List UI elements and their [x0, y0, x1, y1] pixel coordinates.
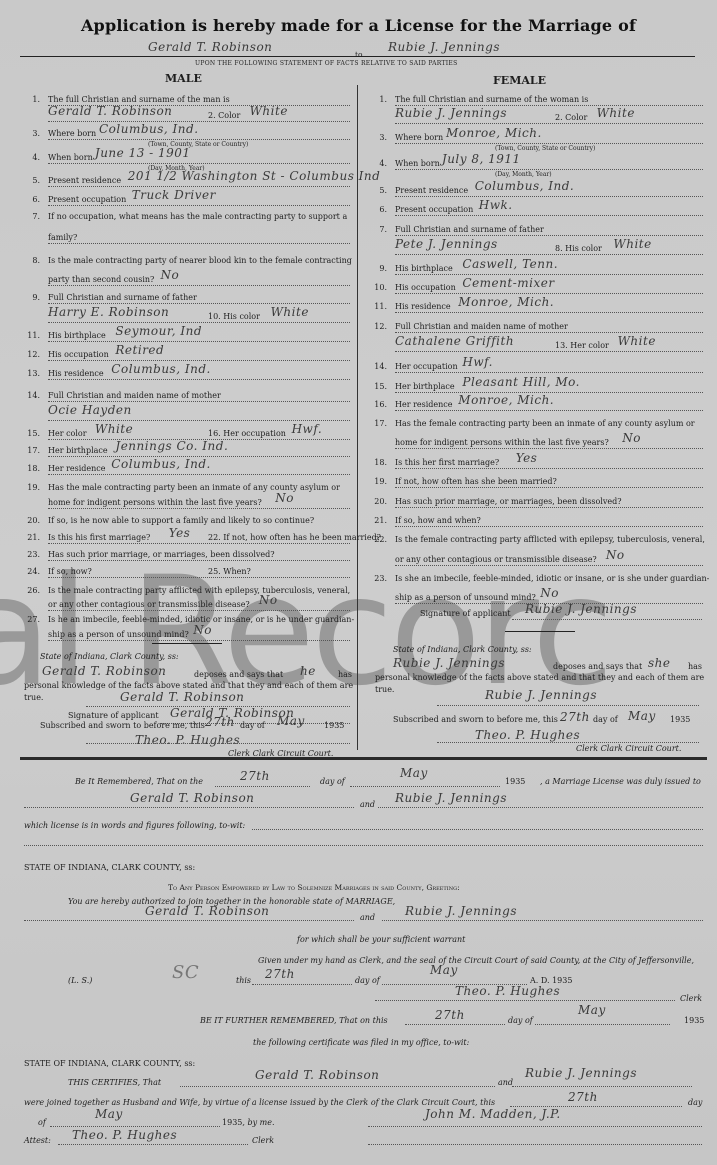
female-clerk-signature: Theo. P. Hughes — [475, 728, 580, 742]
license-groom: Gerald T. Robinson — [130, 791, 254, 805]
certificate-joined: were joined together as Husband and Wife… — [24, 1098, 495, 1107]
license-year: 1935 — [505, 777, 525, 786]
item-label: His birthplace — [395, 264, 453, 273]
certificate-state: STATE OF INDIANA, CLARK COUNTY, ss: — [24, 1059, 195, 1068]
item-label: party than second cousin? — [48, 275, 154, 284]
male-deponent: Gerald T. Robinson — [42, 664, 166, 678]
fill-line — [395, 169, 703, 170]
certificate-groom-line — [180, 1086, 495, 1087]
license-day-line — [215, 786, 310, 787]
item-label: Has such prior marriage, or marriages, b… — [48, 550, 275, 559]
item-number: 14. — [365, 362, 387, 371]
male-item: 7.If no occupation, what means has the m… — [18, 212, 350, 221]
certificate-certifies: THIS CERTIFIES, That — [68, 1078, 161, 1087]
female-deponent: Rubie J. Jennings — [393, 656, 505, 670]
item-number: 12. — [18, 350, 40, 359]
fill-line — [48, 303, 350, 304]
item-label: or any other contagious or transmissible… — [48, 600, 250, 609]
female-clerk-line — [437, 742, 699, 743]
fill-line — [395, 143, 703, 144]
certificate-month-line — [50, 1126, 220, 1127]
male-sig-separator — [152, 643, 222, 644]
male-signature-label: Signature of applicant — [68, 711, 159, 720]
item-value: Pleasant Hill, Mo. — [462, 375, 580, 389]
male-heading: MALE — [165, 72, 202, 85]
item-label: Present occupation — [395, 205, 473, 214]
item-number: 7. — [365, 225, 387, 234]
fill-line — [48, 420, 350, 421]
certificate-day-label: day — [688, 1098, 702, 1107]
item-label: Is the female contracting party afflicte… — [395, 535, 705, 544]
male-oath-sig-line — [86, 706, 350, 707]
item-label: or any other contagious or transmissible… — [395, 555, 597, 564]
certificate-attest: Attest: — [24, 1136, 51, 1145]
male-sworn-day: 27th — [205, 715, 235, 729]
item-value: Yes — [169, 526, 191, 540]
item-extra-label: 25. When? — [208, 567, 251, 576]
female-item: 20.Has such prior marriage, or marriages… — [365, 497, 703, 506]
fill-line — [395, 507, 703, 508]
female-item: 19.If not, how often has she been marrie… — [365, 477, 703, 486]
license-day3: 27th — [435, 1008, 465, 1022]
item-value: Cathalene Griffith — [395, 334, 514, 348]
male-item: 23.Has such prior marriage, or marriages… — [18, 550, 350, 559]
license-further: BE IT FURTHER REMEMBERED, That on this — [200, 1016, 388, 1025]
item-number: 3. — [18, 129, 40, 138]
item-label: The full Christian and surname of the wo… — [395, 95, 588, 104]
male-item: 1.The full Christian and surname of the … — [18, 95, 350, 104]
license-day2-line — [252, 984, 352, 985]
male-item: 14.Full Christian and maiden name of mot… — [18, 391, 350, 400]
item-note: (Town, County, State or Country) — [495, 145, 595, 152]
item-value: No — [259, 593, 278, 607]
item-label: family? — [48, 233, 77, 242]
fill-line — [395, 448, 703, 449]
license-clerk-line — [375, 1000, 675, 1001]
female-item: 21.If so, how and when? — [365, 516, 703, 525]
item-number: 20. — [365, 497, 387, 506]
male-item: 9.Full Christian and surname of father — [18, 293, 350, 302]
item-number: 17. — [18, 446, 40, 455]
item-number: 23. — [18, 550, 40, 559]
item-number: 18. — [365, 458, 387, 467]
document-title: Application is hereby made for a License… — [0, 16, 717, 35]
male-pronoun: he — [300, 664, 316, 678]
item-label: Her residence — [395, 400, 453, 409]
subtitle: UPON THE FOLLOWING STATEMENT OF FACTS RE… — [195, 60, 458, 67]
license-bride: Rubie J. Jennings — [395, 791, 507, 805]
item-extra-label: 10. His color — [208, 312, 260, 321]
female-item: 4.When born — [365, 159, 703, 168]
item-number: 21. — [365, 516, 387, 525]
certificate-day: 27th — [568, 1090, 598, 1104]
blank-line — [24, 845, 703, 846]
item-value: No — [622, 431, 641, 445]
fill-line — [48, 186, 350, 187]
fill-line — [395, 196, 703, 197]
fill-line — [48, 379, 350, 380]
fill-line — [48, 640, 350, 641]
item-label: If no occupation, what means has the mal… — [48, 212, 347, 221]
license-month3-line — [535, 1024, 670, 1025]
item-number: 9. — [365, 264, 387, 273]
fill-line — [395, 468, 703, 469]
male-item: home for indigent persons within the las… — [18, 498, 350, 507]
item-label: Has the male contracting party been an i… — [48, 483, 340, 492]
item-value: Monroe, Mich. — [458, 295, 554, 309]
item-number: 13. — [18, 369, 40, 378]
item-value: Pete J. Jennings — [395, 237, 498, 251]
female-true: true. — [375, 685, 394, 694]
item-number: 19. — [18, 483, 40, 492]
item-number: 11. — [18, 331, 40, 340]
item-label: When born — [48, 153, 93, 162]
fill-line — [48, 474, 350, 475]
attest-right-line — [368, 1144, 702, 1145]
fill-line — [395, 351, 703, 352]
item-value: 201 1/2 Washington St - Columbus Ind — [128, 169, 381, 183]
female-item: 6.Present occupation — [365, 205, 703, 214]
item-extra-value: White — [597, 106, 635, 120]
marriage-license-document: al Recorc Application is hereby made for… — [0, 0, 717, 1165]
item-label: Present occupation — [48, 195, 126, 204]
fill-line — [48, 543, 350, 544]
attest-clerk: Clerk — [252, 1136, 274, 1145]
fill-line — [48, 508, 350, 509]
license-this: this — [236, 976, 251, 985]
item-extra-value: Hwf. — [292, 422, 323, 436]
item-number: 3. — [365, 133, 387, 142]
license-and: and — [360, 800, 375, 809]
license-state: STATE OF INDIANA, CLARK COUNTY, ss: — [24, 863, 195, 872]
male-item: 20.If so, is he now able to support a fa… — [18, 516, 350, 525]
female-knowledge: personal knowledge of the facts above st… — [375, 673, 704, 682]
certificate-and: and — [498, 1078, 513, 1087]
item-label: If so, is he now able to support a famil… — [48, 516, 314, 525]
license-bride2: Rubie J. Jennings — [405, 904, 517, 918]
item-number: 27. — [18, 615, 40, 624]
item-number: 4. — [365, 159, 387, 168]
male-sworn-month: May — [277, 714, 305, 728]
certificate-month: May — [95, 1107, 123, 1121]
fill-line — [48, 205, 350, 206]
fill-line — [395, 312, 703, 313]
male-deposes: deposes and says that — [194, 670, 283, 679]
item-label: Her color — [48, 429, 87, 438]
fill-line — [48, 610, 350, 611]
attest-line — [58, 1144, 248, 1145]
female-pronoun: she — [648, 656, 671, 670]
item-value: No — [161, 268, 180, 282]
female-item: home for indigent persons within the las… — [365, 438, 703, 447]
license-year3: 1935 — [684, 1016, 704, 1025]
item-number: 14. — [18, 391, 40, 400]
remembered-label: Be It Remembered, That on the — [75, 777, 203, 786]
fill-line — [48, 577, 350, 578]
female-oath-signature: Rubie J. Jennings — [485, 688, 597, 702]
certificate-groom: Gerald T. Robinson — [255, 1068, 379, 1082]
item-label: Is the male contracting party of nearer … — [48, 256, 352, 265]
item-number: 24. — [18, 567, 40, 576]
female-item: 23.Is she an imbecile, feeble-minded, id… — [365, 574, 703, 583]
fill-line — [48, 360, 350, 361]
male-item: 24.If so, how? — [18, 567, 350, 576]
license-month2: May — [430, 963, 458, 977]
item-label: Is this her first marriage? — [395, 458, 499, 467]
certificate-bride: Rubie J. Jennings — [525, 1066, 637, 1080]
item-label: If so, how and when? — [395, 516, 481, 525]
item-label: His residence — [48, 369, 104, 378]
item-value: Yes — [516, 451, 538, 465]
item-label: Has such prior marriage, or marriages, b… — [395, 497, 622, 506]
male-sworn-year: 1935 — [324, 721, 344, 730]
female-item: 17.Has the female contracting party been… — [365, 419, 703, 428]
seal-initials: SC — [172, 962, 199, 983]
item-label: The full Christian and surname of the ma… — [48, 95, 230, 104]
license-day2: 27th — [265, 967, 295, 981]
male-item: or any other contagious or transmissible… — [18, 600, 350, 609]
license-bride-line — [378, 807, 703, 808]
fill-line — [395, 526, 703, 527]
item-value: Columbus, Ind. — [99, 122, 199, 136]
item-note: (Day, Month, Year) — [495, 171, 552, 178]
item-label: If so, how? — [48, 567, 92, 576]
item-number: 8. — [18, 256, 40, 265]
fill-line — [48, 401, 350, 402]
item-number: 20. — [18, 516, 40, 525]
female-sworn-year: 1935 — [670, 715, 690, 724]
female-sworn-day: 27th — [560, 710, 590, 724]
item-label: When born — [395, 159, 440, 168]
item-extra-label: 8. His color — [555, 244, 602, 253]
item-label: home for indigent persons within the las… — [395, 438, 609, 447]
item-number: 17. — [365, 419, 387, 428]
male-day-of: day of — [240, 721, 265, 730]
item-number: 19. — [365, 477, 387, 486]
female-signature: Rubie J. Jennings — [525, 602, 637, 616]
certificate-year: 1935, by me. — [222, 1118, 275, 1127]
item-number: 15. — [18, 429, 40, 438]
license-day-of: day of — [320, 777, 345, 786]
groom-name-title: Gerald T. Robinson — [148, 40, 272, 54]
item-number: 18. — [18, 464, 40, 473]
item-value: Monroe, Mich. — [446, 126, 542, 140]
item-number: 7. — [18, 212, 40, 221]
item-number: 15. — [365, 382, 387, 391]
item-extra-value: White — [250, 104, 288, 118]
item-label: Is she an imbecile, feeble-minded, idiot… — [395, 574, 709, 583]
fill-line — [48, 243, 350, 244]
fill-line — [48, 341, 350, 342]
license-day-of3: day of — [508, 1016, 533, 1025]
male-sworn: Subscribed and sworn to before me, this — [40, 721, 205, 730]
item-number: 5. — [18, 176, 40, 185]
fill-line — [48, 322, 350, 323]
female-item: 14.Her occupation — [365, 362, 703, 371]
item-label: Present residence — [395, 186, 468, 195]
item-label: ship as a person of unsound mind? — [48, 630, 189, 639]
male-item: 8.Is the male contracting party of neare… — [18, 256, 350, 265]
item-number: 12. — [365, 322, 387, 331]
item-value: Seymour, Ind — [115, 324, 202, 338]
license-month: May — [400, 766, 428, 780]
fill-line — [395, 410, 703, 411]
license-groom2: Gerald T. Robinson — [145, 904, 269, 918]
male-item: family? — [18, 233, 350, 242]
license-day: 27th — [240, 769, 270, 783]
item-value: Monroe, Mich. — [458, 393, 554, 407]
item-value: Truck Driver — [132, 188, 216, 202]
female-signature-line — [512, 619, 702, 620]
male-has: has — [338, 670, 352, 679]
male-item: 12.His occupation — [18, 350, 350, 359]
license-words: which license is in words and figures fo… — [24, 821, 245, 830]
item-value: Columbus, Ind. — [111, 362, 211, 376]
female-clerk-title: Clerk Clark Circuit Court. — [576, 744, 681, 753]
fill-line — [48, 121, 350, 122]
item-label: His residence — [395, 302, 451, 311]
male-clerk-signature: Theo. P. Hughes — [135, 733, 240, 747]
certificate-of: of — [38, 1118, 46, 1127]
item-number: 16. — [365, 400, 387, 409]
male-oath-signature: Gerald T. Robinson — [120, 690, 244, 704]
female-deposes: deposes and says that — [553, 662, 642, 671]
fill-line — [48, 163, 350, 164]
item-label: Full Christian and maiden name of mother — [395, 322, 568, 331]
license-bride2-line — [382, 920, 703, 921]
license-groom-line — [24, 807, 354, 808]
female-item: or any other contagious or transmissible… — [365, 555, 703, 564]
female-has: has — [688, 662, 702, 671]
item-extra-label: 22. If not, how often has he been marrie… — [208, 533, 381, 542]
fill-line — [395, 293, 703, 294]
fill-line — [48, 285, 350, 286]
item-value: Ocie Hayden — [48, 403, 132, 417]
item-value: Rubie J. Jennings — [395, 106, 507, 120]
fill-line — [395, 235, 703, 236]
fill-line — [395, 565, 703, 566]
female-item: 7.Full Christian and surname of father — [365, 225, 703, 234]
item-value: Columbus, Ind. — [111, 457, 211, 471]
item-value: July 8, 1911 — [442, 152, 521, 166]
item-value: Caswell, Tenn. — [462, 257, 558, 271]
item-label: Her occupation — [395, 362, 458, 371]
item-value: Harry E. Robinson — [48, 305, 169, 319]
item-label: Is the male contracting party afflicted … — [48, 586, 350, 595]
male-item: party than second cousin? — [18, 275, 350, 284]
license-given: Given under my hand as Clerk, and the se… — [258, 956, 694, 965]
item-label: Has the female contracting party been an… — [395, 419, 695, 428]
item-number: 11. — [365, 302, 387, 311]
license-month3: May — [578, 1003, 606, 1017]
item-value: Hwk. — [479, 198, 513, 212]
item-extra-value: White — [613, 237, 651, 251]
fill-line — [395, 123, 703, 124]
item-value: No — [606, 548, 625, 562]
item-label: His occupation — [395, 283, 456, 292]
female-sworn-month: May — [628, 709, 656, 723]
male-item: 26.Is the male contracting party afflict… — [18, 586, 350, 595]
item-number: 23. — [365, 574, 387, 583]
fill-line — [48, 139, 350, 140]
item-label: Full Christian and maiden name of mother — [48, 391, 221, 400]
item-value: No — [540, 586, 559, 600]
bride-name-title: Rubie J. Jennings — [388, 40, 500, 54]
male-clerk-line — [86, 743, 350, 744]
fill-line — [395, 274, 703, 275]
item-label: Is this his first marriage? — [48, 533, 150, 542]
item-label: Full Christian and surname of father — [48, 293, 197, 302]
male-true: true. — [24, 693, 43, 702]
license-day3-line — [405, 1024, 505, 1025]
item-label: Her birthplace — [48, 446, 108, 455]
female-day-of: day of — [593, 715, 618, 724]
fill-line — [395, 372, 703, 373]
item-label: Her birthplace — [395, 382, 455, 391]
item-value: No — [275, 491, 294, 505]
item-label: His birthplace — [48, 331, 106, 340]
item-extra-label: 2. Color — [555, 113, 587, 122]
license-day-of2: day of — [355, 976, 380, 985]
item-number: 21. — [18, 533, 40, 542]
item-label: Where born — [395, 133, 443, 142]
license-and2: and — [360, 913, 375, 922]
item-label: Present residence — [48, 176, 121, 185]
item-value: Jennings Co. Ind. — [115, 439, 228, 453]
item-number: 4. — [18, 153, 40, 162]
female-heading: FEMALE — [493, 74, 546, 87]
license-issued: , a Marriage License was duly issued to — [540, 777, 701, 786]
item-number: 26. — [18, 586, 40, 595]
license-clerk-signature: Theo. P. Hughes — [455, 984, 560, 998]
female-sig-separator — [505, 631, 575, 632]
item-number: 1. — [18, 95, 40, 104]
female-item: 22.Is the female contracting party affli… — [365, 535, 703, 544]
column-divider — [357, 85, 358, 750]
item-number: 10. — [365, 283, 387, 292]
fill-line — [395, 215, 703, 216]
fill-line — [395, 487, 703, 488]
item-extra-value: White — [271, 305, 309, 319]
item-value: Hwf. — [462, 355, 493, 369]
female-signature-label: Signature of applicant — [420, 609, 511, 618]
item-value: Retired — [115, 343, 164, 357]
license-seal: (L. S.) — [68, 976, 92, 985]
item-extra-label: 16. Her occupation — [208, 429, 286, 438]
item-number: 9. — [18, 293, 40, 302]
item-extra-label: 13. Her color — [555, 341, 609, 350]
item-number: 5. — [365, 186, 387, 195]
male-oath-state: State of Indiana, Clark County, ss: — [40, 652, 179, 661]
item-extra-label: 2. Color — [208, 111, 240, 120]
item-value: Cement-mixer — [462, 276, 554, 290]
item-number: 6. — [18, 195, 40, 204]
female-item: ship as a person of unsound mind? — [365, 593, 703, 602]
fill-line — [395, 254, 703, 255]
words-line — [252, 829, 703, 830]
license-clerk: Clerk — [680, 994, 702, 1003]
female-oath-state: State of Indiana, Clark County, ss: — [393, 645, 532, 654]
license-filed: the following certificate was filed in m… — [253, 1038, 469, 1047]
male-item: 19.Has the male contracting party been a… — [18, 483, 350, 492]
item-value: June 13 - 1901 — [95, 146, 191, 160]
male-item: 27.Is he an imbecile, feeble-minded, idi… — [18, 615, 350, 624]
female-oath-sig-line — [437, 705, 699, 706]
license-greeting: To Any Person Empowered by Law to Solemn… — [168, 883, 460, 892]
female-item: 12.Full Christian and maiden name of mot… — [365, 322, 703, 331]
certificate-bride-line — [512, 1086, 692, 1087]
to-label: to — [355, 50, 363, 59]
